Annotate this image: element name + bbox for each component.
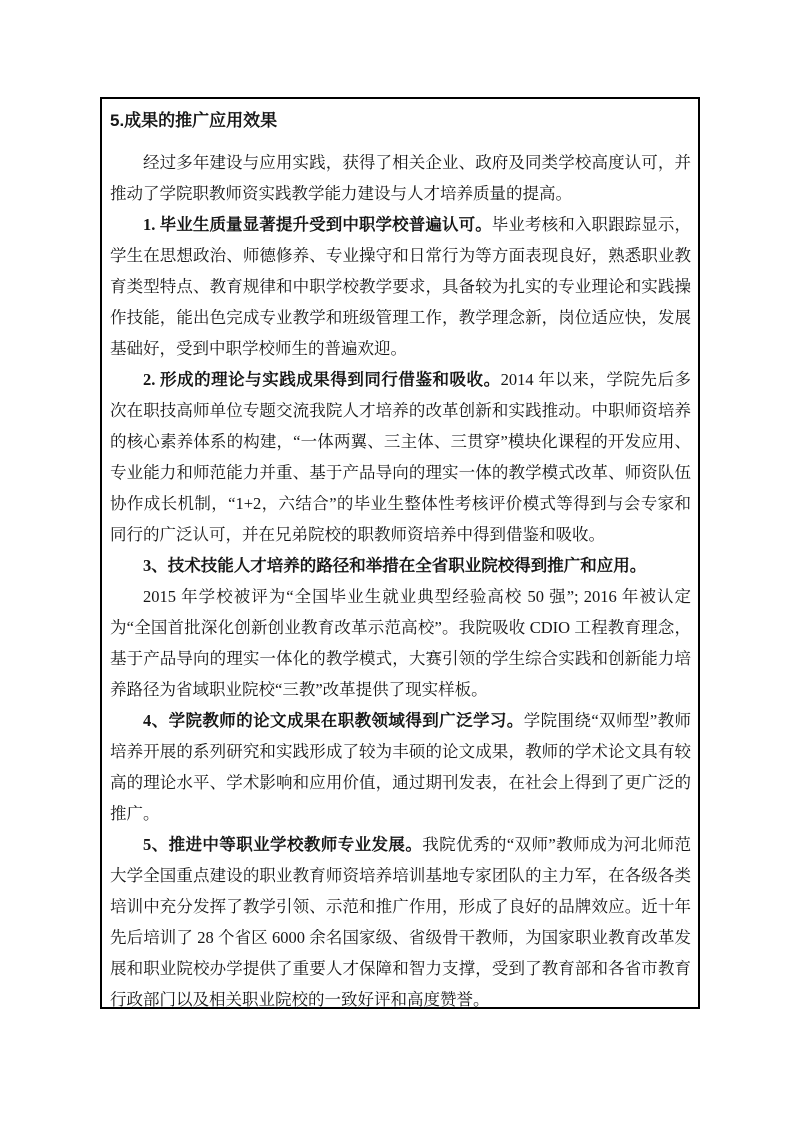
paragraph-lead: 5、推进中等职业学校教师专业发展。 <box>143 835 422 854</box>
section-title: 5.成果的推广应用效果 <box>110 106 691 135</box>
paragraph-text: 经过多年建设与应用实践，获得了相关企业、政府及同类学校高度认可，并推动了学院职教… <box>110 153 691 203</box>
paragraph-item-1: 1. 毕业生质量显著提升受到中职学校普遍认可。毕业考核和入职跟踪显示，学生在思想… <box>110 209 691 364</box>
paragraph-lead: 1. 毕业生质量显著提升受到中职学校普遍认可。 <box>143 215 492 234</box>
paragraph-text: 毕业考核和入职跟踪显示，学生在思想政治、师德修养、专业操守和日常行为等方面表现良… <box>110 215 691 358</box>
paragraph-text: 2014 年以来，学院先后多次在职技高师单位专题交流我院人才培养的改革创新和实践… <box>110 370 691 544</box>
paragraph-item-4: 4、学院教师的论文成果在职教领域得到广泛学习。学院围绕“双师型”教师培养开展的系… <box>110 705 691 829</box>
page: { "document": { "section_title": "5.成果的推… <box>0 0 800 1131</box>
paragraph-intro: 经过多年建设与应用实践，获得了相关企业、政府及同类学校高度认可，并推动了学院职教… <box>110 147 691 209</box>
paragraph-item-2: 2. 形成的理论与实践成果得到同行借鉴和吸收。2014 年以来，学院先后多次在职… <box>110 364 691 550</box>
paragraph-item-3: 3、技术技能人才培养的路径和举措在全省职业院校得到推广和应用。 <box>110 550 691 581</box>
paragraph-text: 我院优秀的“双师”教师成为河北师范大学全国重点建设的职业教育师资培养培训基地专家… <box>110 835 691 1009</box>
paragraph-lead: 3、技术技能人才培养的路径和举措在全省职业院校得到推广和应用。 <box>143 556 646 575</box>
paragraph-lead: 4、学院教师的论文成果在职教领域得到广泛学习。 <box>143 711 524 730</box>
document-content-box: 5.成果的推广应用效果 经过多年建设与应用实践，获得了相关企业、政府及同类学校高… <box>100 97 700 1009</box>
paragraph-text: 2015 年学校被评为“全国毕业生就业典型经验高校 50 强”; 2016 年被… <box>110 587 691 699</box>
paragraph-item-5: 5、推进中等职业学校教师专业发展。我院优秀的“双师”教师成为河北师范大学全国重点… <box>110 829 691 1009</box>
paragraph-item-3-detail: 2015 年学校被评为“全国毕业生就业典型经验高校 50 强”; 2016 年被… <box>110 581 691 705</box>
paragraph-lead: 2. 形成的理论与实践成果得到同行借鉴和吸收。 <box>143 370 501 389</box>
